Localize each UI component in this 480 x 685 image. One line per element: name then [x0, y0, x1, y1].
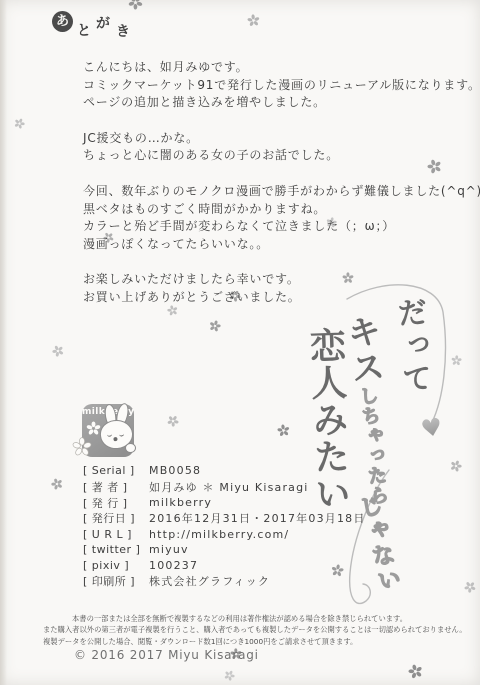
credits-value: http://milkberry.com/: [149, 528, 289, 541]
credits-row-printer: [ 印刷所 ] 株式会社グラフィック: [83, 574, 366, 590]
heading-circle-char: あ: [52, 11, 73, 32]
fine-print-line: また購入者以外の第三者が電子複製を行うこと、購入者であっても複製したデータを公開…: [43, 624, 467, 635]
title-word-datte: だって: [393, 296, 430, 397]
text-line: 漫画っぽくなってたらいいな。。: [83, 236, 463, 254]
credits-label: [ 著 者 ]: [83, 479, 149, 495]
flower-icon: [451, 355, 463, 367]
flower-icon: [72, 437, 92, 457]
fine-print-line: 複製データを公開した場合、閲覧・ダウンロード数1回につき1000円をご請求させて…: [43, 636, 467, 647]
title-word-koibito: 恋人みたい: [306, 326, 348, 512]
credits-value: 株式会社グラフィック: [149, 573, 270, 589]
copyright-notice: © 2016 2017 Miyu Kisaragi: [74, 648, 259, 662]
credits-row-url: [ U R L ] http://milkberry.com/: [83, 526, 366, 542]
heading-char: き: [116, 21, 130, 41]
heart-icon: ♥: [419, 412, 445, 443]
flower-icon: [462, 579, 479, 596]
heading-char: と: [77, 20, 91, 40]
title-kiss-small: しちゃったら: [356, 385, 390, 507]
text-line: JC援交もの…かな。: [83, 130, 463, 148]
credits-value: 如月みゆ ＊ Miyu Kisaragi: [149, 479, 309, 495]
text-line: 黒ベタはものすごく時間がかかりますね。: [83, 201, 463, 219]
credits-value: MB0058: [149, 464, 201, 477]
text-line: コミックマーケット91で発行した漫画のリニューアル版になります。: [83, 77, 463, 95]
credits-label: [ 発行日 ]: [83, 510, 149, 526]
afterword-heading: あとがき: [52, 11, 115, 32]
flower-icon: [222, 668, 237, 683]
heading-char: が: [96, 13, 110, 33]
credits-value: miyuv: [149, 543, 189, 556]
text-line: カラーと殆ど手間が変わらなくて泣きました（；ω；）: [83, 218, 463, 236]
flower-icon: [448, 458, 464, 474]
credits-value: 2016年12月31日・2017年03月18日: [149, 510, 366, 526]
flower-icon: [49, 476, 64, 491]
flower-icon: [406, 662, 424, 680]
flower-icon: [165, 413, 182, 430]
credits-value: milkberry: [149, 496, 212, 509]
credits-row-twitter: [ twitter ] miyuv: [83, 542, 366, 558]
flower-icon: [276, 423, 291, 438]
milkberry-logo: milkberry: [82, 404, 134, 457]
fine-print-line: 本書の一部または全部を無断で複製するなどの利用は著作権法が認める場合を除き禁じら…: [43, 613, 467, 624]
credits-label: [ U R L ]: [83, 528, 149, 541]
flower-icon: [246, 13, 260, 27]
credits-label: [ 発 行 ]: [83, 495, 149, 511]
credits-label: [ pixiv ]: [83, 559, 149, 572]
credits-row-pixiv: [ pixiv ] 100237: [83, 558, 366, 574]
credits-label: [ 印刷所 ]: [83, 573, 149, 589]
text-line: こんにちは、如月みゆです。: [83, 59, 463, 77]
flower-icon: [12, 116, 26, 130]
text-line: 今回、数年ぶりのモノクロ漫画で勝手がわからず難儀しました(^q^): [83, 183, 463, 201]
flower-icon: [50, 343, 66, 359]
credits-row-date: [ 発行日 ] 2016年12月31日・2017年03月18日: [83, 510, 366, 526]
scan-left-edge: [0, 0, 7, 685]
credits-label: [ twitter ]: [83, 543, 149, 556]
legal-fine-print: 本書の一部または全部を無断で複製するなどの利用は著作権法が認める場合を除き禁じら…: [43, 613, 467, 647]
credits-value: 100237: [149, 559, 198, 572]
text-line: お楽しみいただけましたら幸いです。: [83, 271, 463, 289]
bunny-icon: [99, 405, 135, 455]
flower-icon: [125, 0, 146, 13]
afterword-body-text: こんにちは、如月みゆです。 コミックマーケット91で発行した漫画のリニューアル版…: [83, 41, 463, 325]
text-line: ページの追加と描き込みを増やしました。: [83, 94, 463, 112]
credits-label: [ Serial ]: [83, 464, 149, 477]
text-line: ちょっと心に闇のある女の子のお話でした。: [83, 147, 463, 165]
